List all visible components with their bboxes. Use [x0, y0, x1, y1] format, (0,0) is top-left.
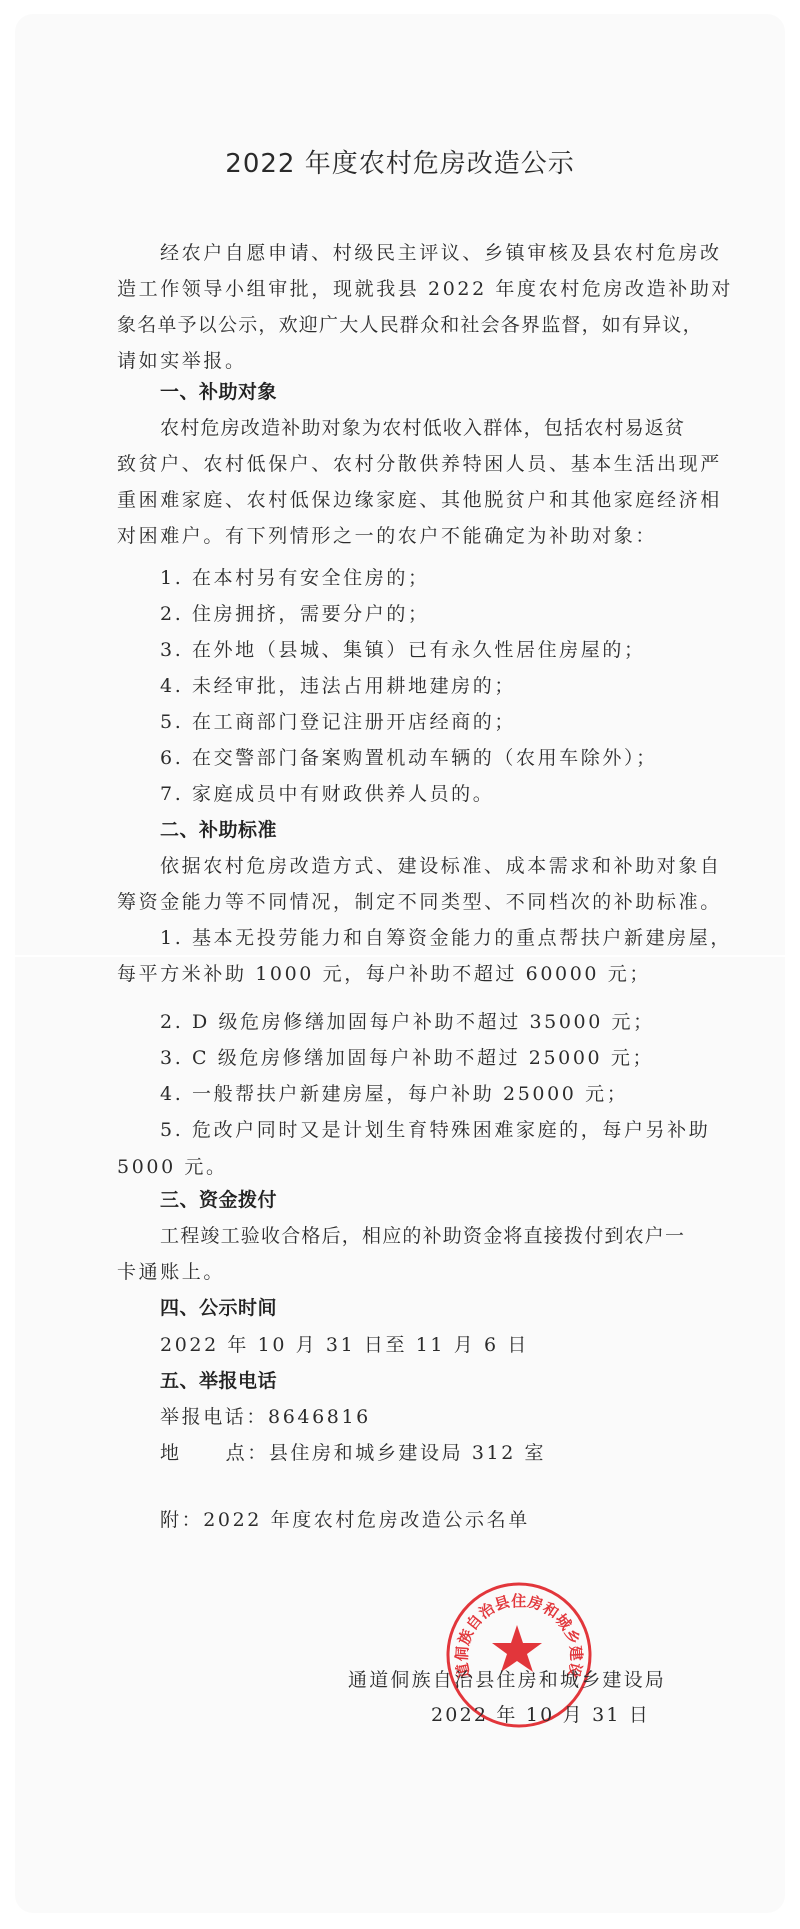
intro-line: 请如实举报。 [117, 349, 247, 373]
paragraph-line: 卡通账上。 [117, 1260, 225, 1284]
section-heading-subsidy-targets: 一、补助对象 [160, 380, 277, 404]
issuing-organization: 通道侗族自治县住房和城乡建设局 [348, 1668, 666, 1692]
standard-item: 4. 一般帮扶户新建房屋，每户补助 25000 元； [160, 1082, 628, 1106]
document-title: 2022 年度农村危房改造公示 [0, 146, 800, 182]
paragraph-line: 对困难户。有下列情形之一的农户不能确定为补助对象： [117, 524, 657, 548]
intro-line: 造工作领导小组审批，现就我县 2022 年度农村危房改造补助对 [117, 277, 733, 301]
standard-item: 每平方米补助 1000 元，每户补助不超过 60000 元； [117, 962, 651, 986]
intro-line: 象名单予以公示，欢迎广大人民群众和社会各界监督，如有异议， [117, 313, 703, 337]
paragraph-line: 致贫户、农村低保户、农村分散供养特困人员、基本生活出现严 [117, 452, 722, 476]
notice-period: 2022 年 10 月 31 日至 11 月 6 日 [160, 1333, 529, 1357]
star-icon [492, 1625, 542, 1672]
intro-line: 经农户自愿申请、村级民主评议、乡镇审核及县农村危房改 [160, 241, 722, 265]
svg-text:通道侗族自治县住房和城乡建设局: 通道侗族自治县住房和城乡建设局 [444, 1580, 585, 1680]
exclusion-item: 5. 在工商部门登记注册开店经商的； [160, 710, 516, 734]
address-label-a: 地 [160, 1442, 182, 1464]
report-phone-row: 举报电话：8646816 [160, 1405, 371, 1429]
attachment-note: 附：2022 年度农村危房改造公示名单 [160, 1508, 530, 1532]
section-heading-subsidy-standards: 二、补助标准 [160, 818, 277, 842]
phone-number: 8646816 [268, 1406, 371, 1428]
standard-item: 5000 元。 [117, 1155, 228, 1179]
section-heading-fund-disbursement: 三、资金拨付 [160, 1188, 277, 1212]
seal-text: 通道侗族自治县住房和城乡建设局 [444, 1580, 585, 1680]
exclusion-item: 3. 在外地（县城、集镇）已有永久性居住房屋的； [160, 638, 646, 662]
exclusion-item: 7. 家庭成员中有财政供养人员的。 [160, 782, 494, 806]
standard-item: 3. C 级危房修缮加固每户补助不超过 25000 元； [160, 1046, 654, 1070]
scan-seam [15, 955, 785, 957]
section-heading-notice-period: 四、公示时间 [160, 1296, 277, 1320]
paragraph-line: 依据农村危房改造方式、建设标准、成本需求和补助对象自 [160, 854, 722, 878]
paragraph-line: 重困难家庭、农村低保边缘家庭、其他脱贫户和其他家庭经济相 [117, 488, 722, 512]
issue-date: 2022 年 10 月 31 日 [431, 1703, 650, 1727]
exclusion-item: 4. 未经审批，违法占用耕地建房的； [160, 674, 516, 698]
exclusion-item: 6. 在交警部门备案购置机动车辆的（农用车除外）； [160, 746, 658, 770]
address-label-b: 点： [226, 1442, 269, 1464]
standard-item: 2. D 级危房修缮加固每户补助不超过 35000 元； [160, 1010, 655, 1034]
paragraph-line: 工程竣工验收合格后，相应的补助资金将直接拨付到农户一 [160, 1224, 685, 1248]
standard-item: 5. 危改户同时又是计划生育特殊困难家庭的，每户另补助 [160, 1118, 710, 1142]
phone-label: 举报电话： [160, 1406, 268, 1428]
exclusion-item: 2. 住房拥挤，需要分户的； [160, 602, 430, 626]
paragraph-line: 农村危房改造补助对象为农村低收入群体，包括农村易返贫 [160, 416, 685, 440]
section-heading-report-phone: 五、举报电话 [160, 1369, 277, 1393]
address-row: 地点：县住房和城乡建设局 312 室 [160, 1441, 546, 1465]
standard-item: 1. 基本无投劳能力和自筹资金能力的重点帮扶户新建房屋， [160, 926, 732, 950]
address-value: 县住房和城乡建设局 312 室 [269, 1442, 546, 1464]
exclusion-item: 1. 在本村另有安全住房的； [160, 566, 430, 590]
paragraph-line: 筹资金能力等不同情况，制定不同类型、不同档次的补助标准。 [117, 890, 722, 914]
